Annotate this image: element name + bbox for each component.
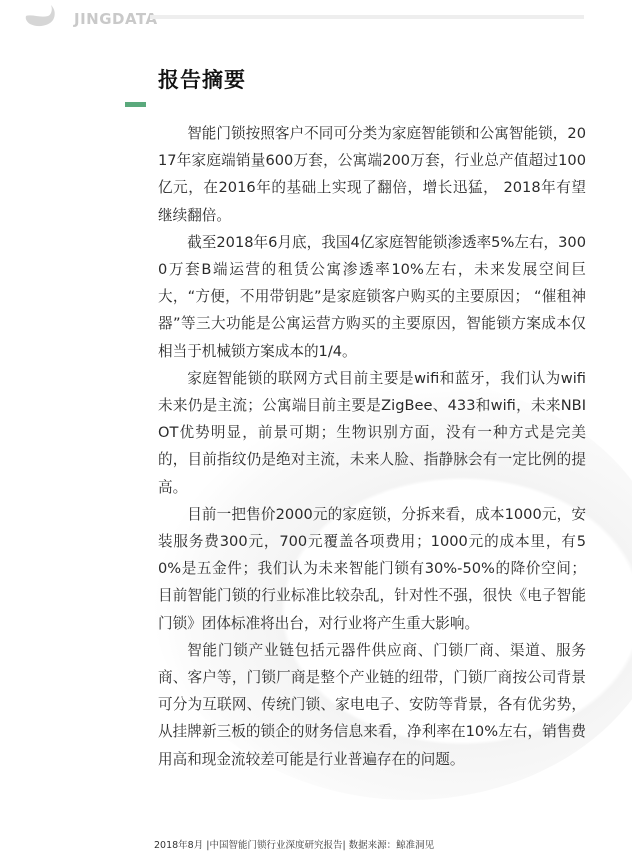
- title-accent-bar: [125, 102, 146, 107]
- brand-name: JINGDATA: [74, 10, 158, 28]
- summary-paragraph: 智能门锁按照客户不同可分类为家庭智能锁和公寓智能锁，2017年家庭端销量600万…: [158, 120, 586, 229]
- page-footer: 2018年8月 |中国智能门锁行业深度研究报告| 数据来源：鲸准洞见: [154, 837, 434, 851]
- header-divider: [150, 15, 584, 19]
- summary-paragraph: 家庭智能锁的联网方式目前主要是wifi和蓝牙，我们认为wifi未来仍是主流；公寓…: [158, 365, 586, 501]
- summary-paragraph: 目前一把售价2000元的家庭锁，分拆来看，成本1000元，安装服务费300元，7…: [158, 501, 586, 637]
- summary-paragraph: 智能门锁产业链包括元器件供应商、门锁厂商、渠道、服务商、客户等，门锁厂商是整个产…: [158, 637, 586, 773]
- brand-logo: JINGDATA: [24, 6, 158, 32]
- page-title: 报告摘要: [158, 64, 246, 94]
- summary-paragraph: 截至2018年6月底，我国4亿家庭智能锁渗透率5%左右，3000万套B端运营的租…: [158, 229, 586, 365]
- whale-icon: [24, 4, 58, 34]
- summary-body: 智能门锁按照客户不同可分类为家庭智能锁和公寓智能锁，2017年家庭端销量600万…: [158, 120, 586, 773]
- page-header: JINGDATA: [0, 0, 632, 40]
